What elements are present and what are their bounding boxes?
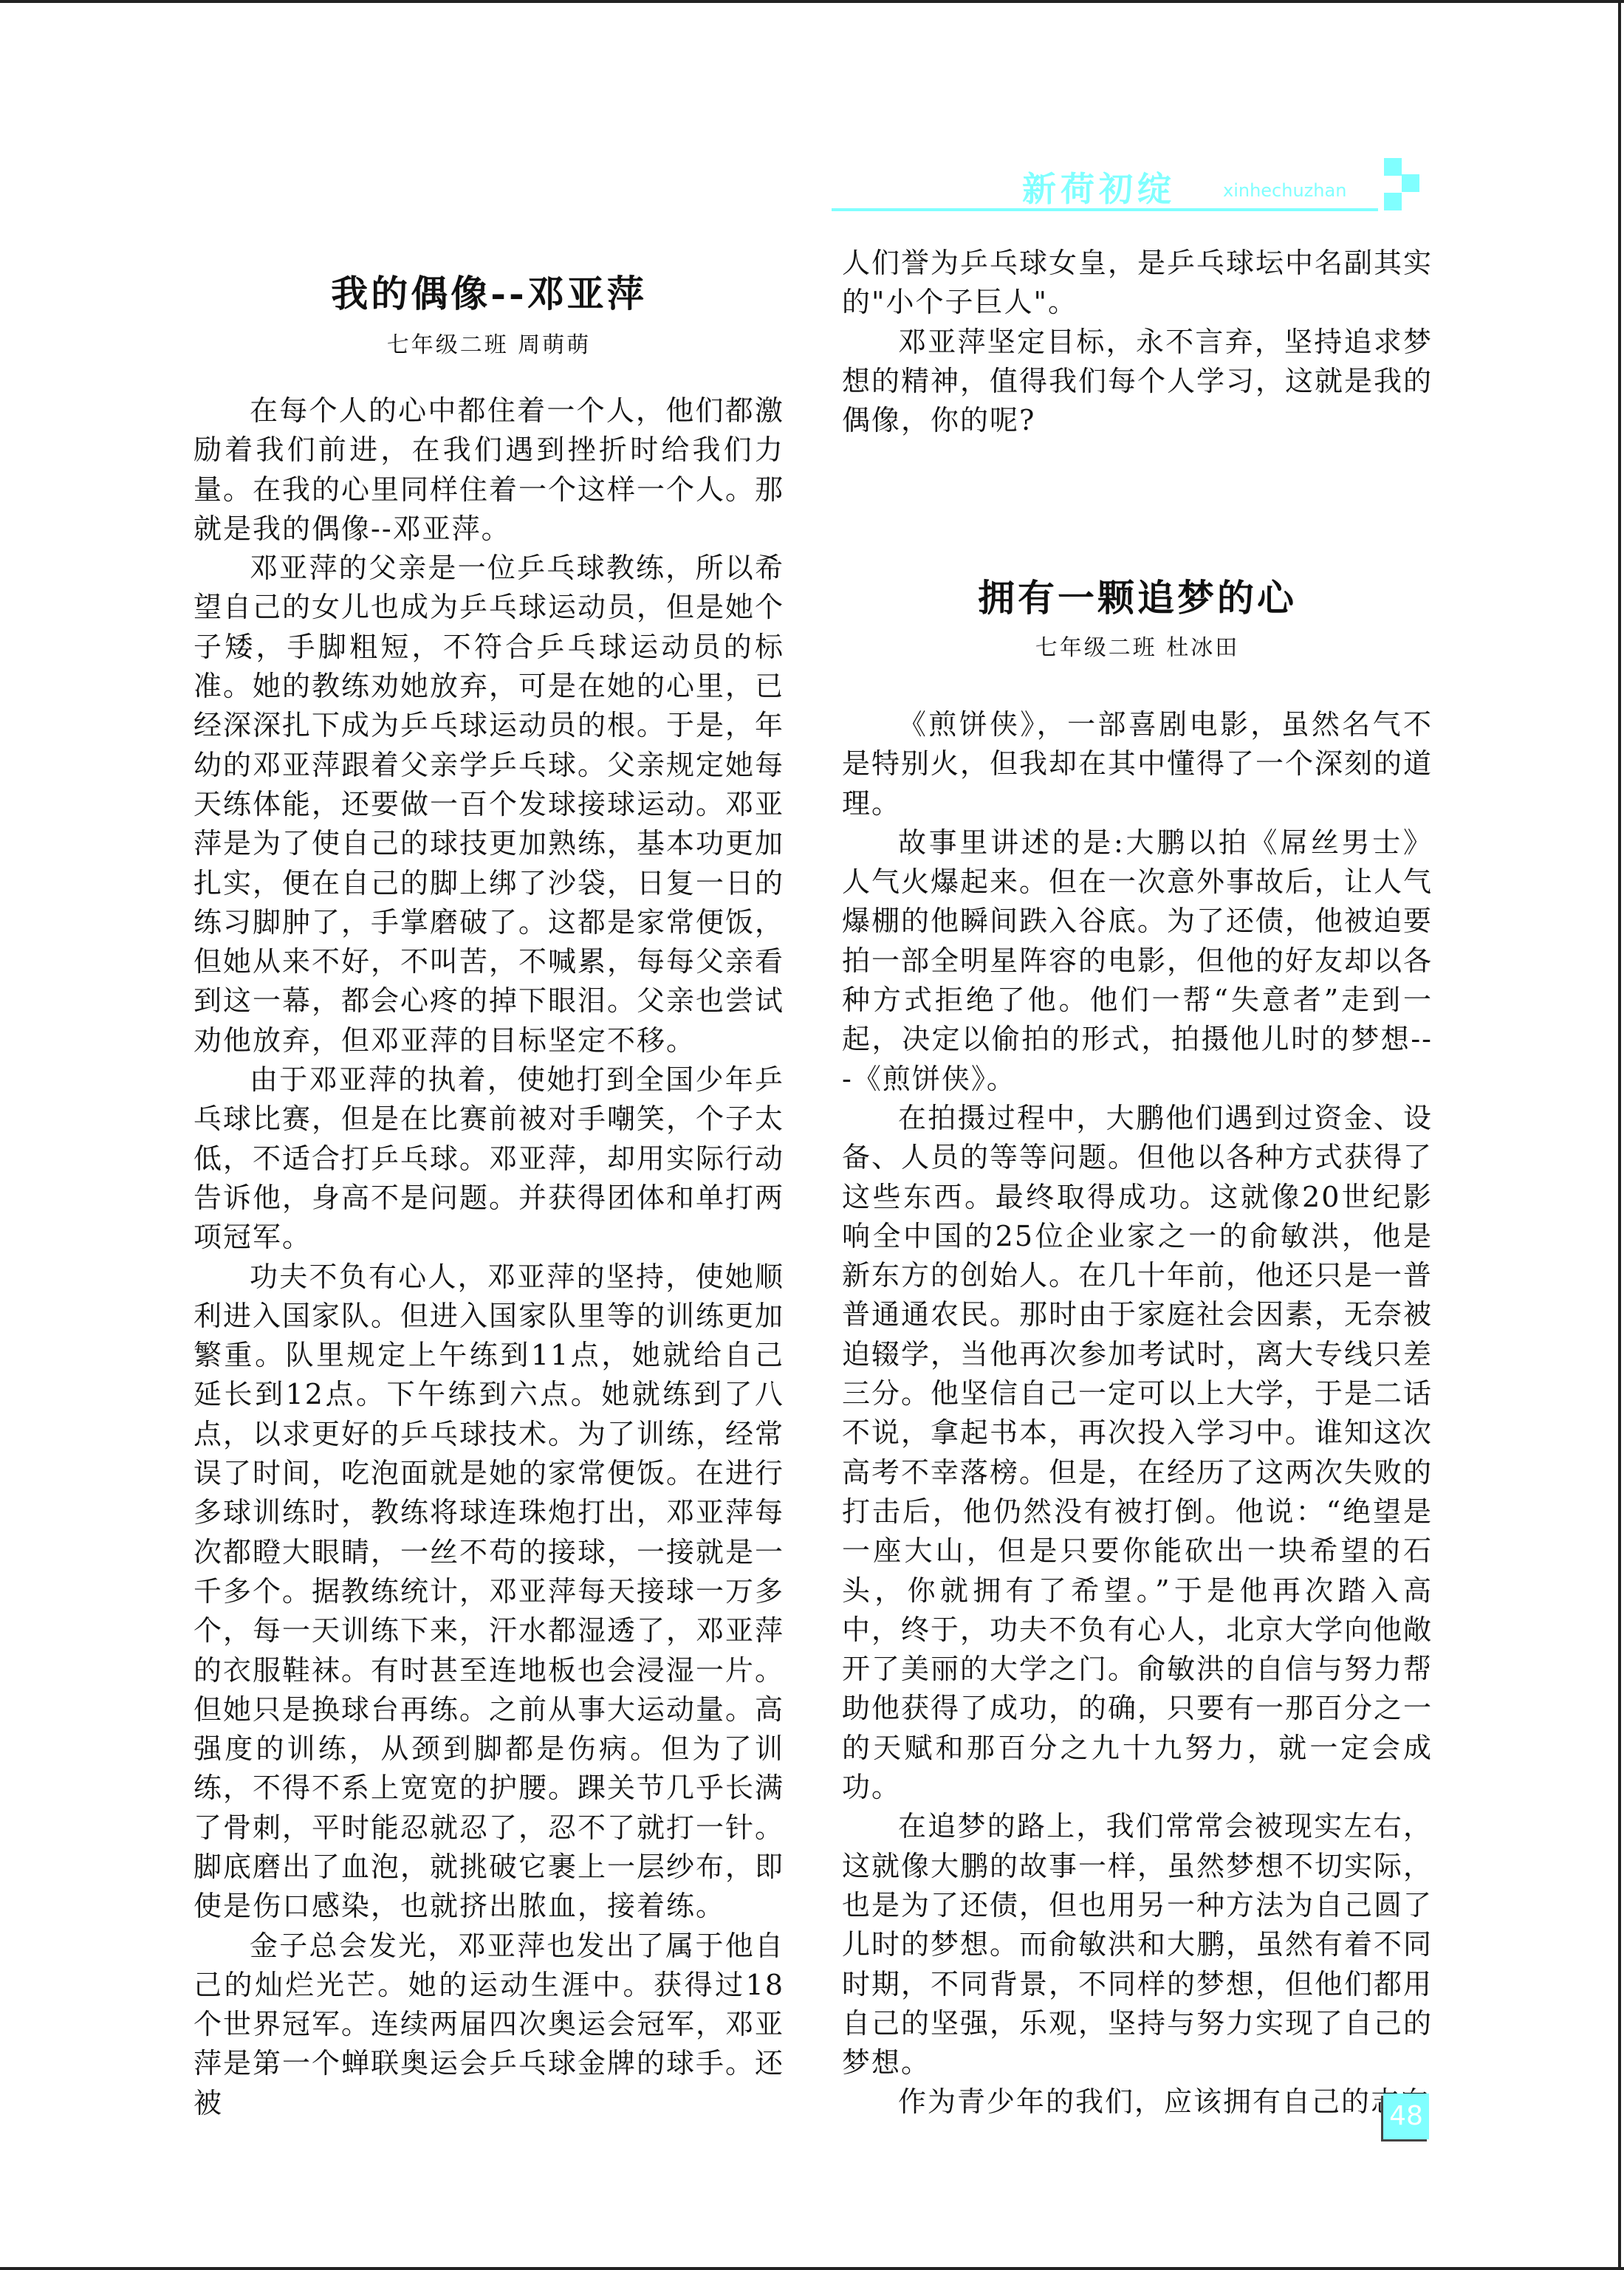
article-1-byline: 七年级二班 周萌萌 — [193, 326, 784, 359]
paragraph: 金子总会发光，邓亚萍也发出了属于他自己的灿烂光芒。她的运动生涯中。获得过18个世… — [193, 1927, 784, 2123]
decorative-square-icon — [1384, 158, 1402, 176]
paragraph: 在拍摄过程中，大鹏他们遇到过资金、设备、人员的等等问题。但他以各种方式获得了这些… — [842, 1099, 1433, 1807]
paragraph: 邓亚萍坚定目标，永不言弃，坚持追求梦想的精神，值得我们每个人学习，这就是我的偶像… — [842, 323, 1433, 441]
paragraph: 《煎饼侠》，一部喜剧电影，虽然名气不是特别火，但我却在其中懂得了一个深刻的道理。 — [842, 705, 1433, 823]
paragraph: 功夫不负有心人，邓亚萍的坚持，使她顺利进入国家队。但进入国家队里等的训练更加繁重… — [193, 1258, 784, 1927]
article-2-body: 《煎饼侠》，一部喜剧电影，虽然名气不是特别火，但我却在其中懂得了一个深刻的道理。… — [842, 705, 1433, 2122]
page-border-right — [1618, 0, 1621, 2270]
paragraph: 作为青少年的我们，应该拥有自己的志向 — [842, 2082, 1433, 2122]
page-border-bottom — [0, 2267, 1624, 2270]
decorative-square-icon — [1402, 174, 1419, 192]
article-2-title: 拥有一颗追梦的心 — [842, 569, 1433, 622]
section-title: 新荷初绽 — [1022, 162, 1176, 211]
paragraph: 人们誉为乒乓球女皇，是乒乓球坛中名副其实的"小个子巨人"。 — [842, 244, 1433, 323]
page-border-top — [0, 0, 1624, 3]
paragraph: 在每个人的心中都住着一个人，他们都激励着我们前进，在我们遇到挫折时给我们力量。在… — [193, 391, 784, 549]
page-number: 48 — [1383, 2094, 1429, 2139]
paragraph: 在追梦的路上，我们常常会被现实左右，这就像大鹏的故事一样，虽然梦想不切实际，也是… — [842, 1807, 1433, 2082]
paragraph: 由于邓亚萍的执着，使她打到全国少年乒乓球比赛，但是在比赛前被对手嘲笑，个子太低，… — [193, 1060, 784, 1257]
section-header: 新荷初绽 xinhechuzhan — [832, 155, 1445, 222]
article-1-title: 我的偶像--邓亚萍 — [193, 264, 784, 318]
article-2-byline: 七年级二班 杜冰田 — [842, 629, 1433, 662]
section-divider — [832, 208, 1378, 211]
section-pinyin: xinhechuzhan — [1223, 180, 1346, 201]
decorative-square-icon — [1384, 193, 1402, 210]
article-1-body-right: 人们誉为乒乓球女皇，是乒乓球坛中名副其实的"小个子巨人"。 邓亚萍坚定目标，永不… — [842, 244, 1433, 440]
paragraph: 邓亚萍的父亲是一位乒乓球教练，所以希望自己的女儿也成为乒乓球运动员，但是她个子矮… — [193, 549, 784, 1060]
paragraph: 故事里讲述的是:大鹏以拍《屌丝男士》人气火爆起来。但在一次意外事故后，让人气爆棚… — [842, 823, 1433, 1099]
article-1-body-left: 在每个人的心中都住着一个人，他们都激励着我们前进，在我们遇到挫折时给我们力量。在… — [193, 391, 784, 2123]
